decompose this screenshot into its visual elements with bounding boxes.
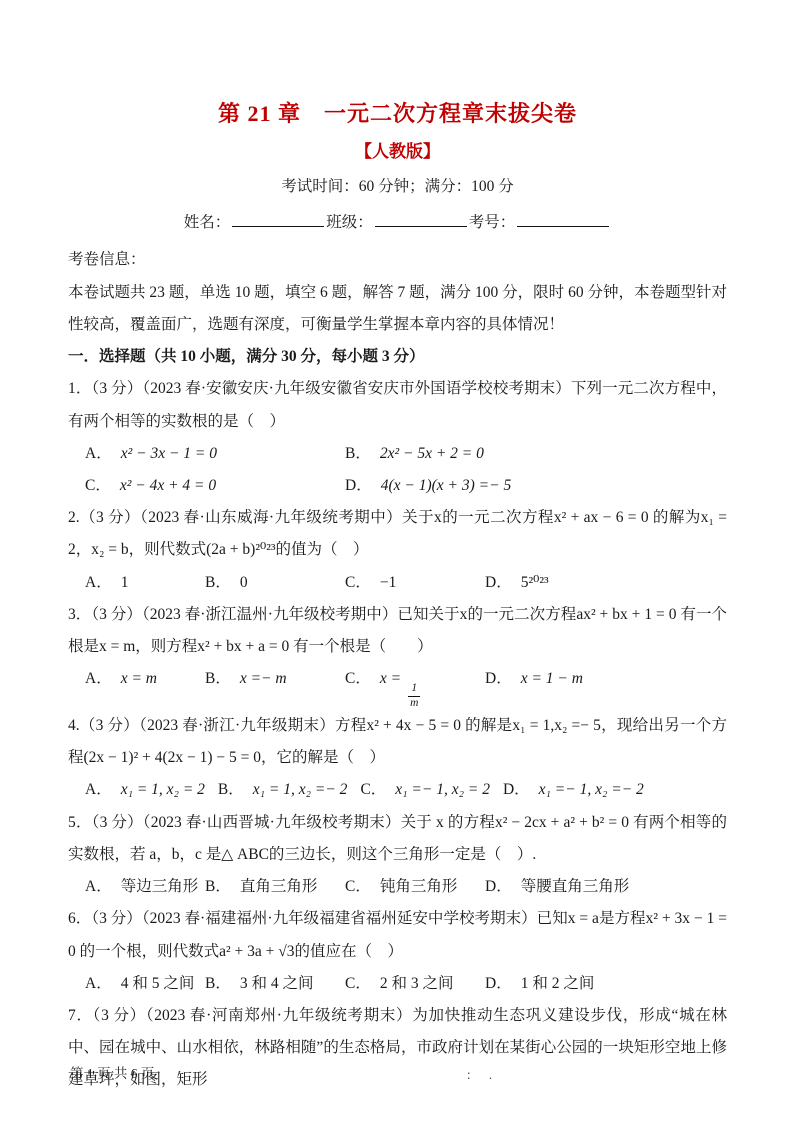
exam-meta-line: 考试时间：60 分钟；满分：100 分 [68,177,727,197]
question-3-option-b: B．x =− m [205,663,345,709]
class-label: 班级： [326,214,373,231]
question-6-option-b: B．3 和 4 之间 [205,968,345,1000]
question-5-option-d: D．等腰直角三角形 [485,871,727,903]
option-label: B． [218,781,244,798]
question-2-option-c: C．−1 [345,567,485,599]
question-4-option-c: C．x₁ =− 1, x₂ = 2 [360,774,490,806]
question-6-stem: 6．（3 分）（2023 春·福建福州·九年级福建省福州延安中学校考期末）已知x… [68,903,727,967]
edition-label: 【人教版】 [68,142,727,162]
question-4: 4.（3 分）（2023 春·浙江·九年级期末）方程x² + 4x − 5 = … [68,710,727,807]
question-2-stem: 2.（3 分）（2023 春·山东威海·九年级统考期中）关于x的一元二次方程x²… [68,502,727,566]
option-label: D． [345,477,372,494]
option-formula: x₁ =− 1, x₂ =− 2 [539,781,644,798]
question-1-option-c: C．x² − 4x + 4 = 0 [85,470,345,502]
info-body: 本卷试题共 23 题，单选 10 题，填空 6 题，解答 7 题，满分 100 … [68,277,727,341]
option-text: 4 和 5 之间 [121,975,195,992]
question-2: 2.（3 分）（2023 春·山东威海·九年级统考期中）关于x的一元二次方程x²… [68,502,727,599]
question-2-option-a: A．1 [85,567,205,599]
question-6-option-d: D．1 和 2 之间 [485,968,727,1000]
option-formula: 5²⁰²³ [521,574,549,591]
option-formula: x =− m [240,670,287,687]
exam-no-label: 考号： [469,214,516,231]
option-label: A． [85,445,112,462]
question-4-option-a: A．x₁ = 1, x₂ = 2 [85,774,205,806]
student-fields-line: 姓名：班级：考号： [68,211,727,234]
option-label: A． [85,781,112,798]
page-title: 第 21 章 一元二次方程章末拔尖卷 [68,100,727,129]
option-label: D． [485,574,512,591]
section-heading-choice: 一．选择题（共 10 小题，满分 30 分，每小题 3 分） [68,341,727,373]
option-formula: x = 1 − m [521,670,583,687]
option-label: D． [503,781,530,798]
option-label: C． [360,781,386,798]
question-5-stem: 5．（3 分）（2023 春·山西晋城·九年级校考期末）关于 x 的方程x² −… [68,807,727,871]
question-6-option-a: A．4 和 5 之间 [85,968,205,1000]
fraction-denominator: m [407,697,421,710]
footer-page-number: 第 1 页 共 6 页 [70,1062,154,1082]
option-text: 等边三角形 [121,878,199,895]
exam-no-blank [517,211,609,227]
option-label: D． [485,670,512,687]
name-label: 姓名： [184,214,231,231]
question-3: 3．（3 分）（2023 春·浙江温州·九年级校考期中）已知关于x的一元二次方程… [68,599,727,710]
fraction-numerator: 1 [408,682,420,696]
question-6: 6．（3 分）（2023 春·福建福州·九年级福建省福州延安中学校考期末）已知x… [68,903,727,1000]
option-formula: x² − 3x − 1 = 0 [121,445,217,462]
option-label: C． [85,477,111,494]
question-4-stem: 4.（3 分）（2023 春·浙江·九年级期末）方程x² + 4x − 5 = … [68,710,727,774]
question-5: 5．（3 分）（2023 春·山西晋城·九年级校考期末）关于 x 的方程x² −… [68,807,727,904]
option-label: C． [345,574,371,591]
question-1-option-d: D．4(x − 1)(x + 3) =− 5 [345,470,727,502]
question-5-option-c: C．钝角三角形 [345,871,485,903]
option-formula: −1 [380,574,397,591]
question-2-option-d: D．5²⁰²³ [485,567,727,599]
option-formula: x = m [121,670,157,687]
option-text: 直角三角形 [240,878,318,895]
question-3-option-d: D．x = 1 − m [485,663,727,709]
question-4-option-d: D．x₁ =− 1, x₂ =− 2 [503,774,644,806]
option-label: D． [485,878,512,895]
option-formula: x² − 4x + 4 = 0 [120,477,216,494]
name-blank [232,211,324,227]
option-label: B． [205,878,231,895]
option-formula: x₁ = 1, x₂ =− 2 [253,781,348,798]
question-7: 7．（3 分）（2023 春·河南郑州·九年级统考期末）为加快推动生态巩义建设步… [68,1000,727,1097]
option-text: 2 和 3 之间 [380,975,454,992]
class-blank [375,211,467,227]
option-label: C． [345,975,371,992]
info-heading: 考卷信息： [68,244,727,276]
option-text: 1 和 2 之间 [521,975,595,992]
option-text: 钝角三角形 [380,878,458,895]
question-3-option-c: C．x =1m [345,663,485,709]
question-1-options: A．x² − 3x − 1 = 0 B．2x² − 5x + 2 = 0 C．x… [68,438,727,502]
option-label: A． [85,975,112,992]
exam-paper-page: 第 21 章 一元二次方程章末拔尖卷 【人教版】 考试时间：60 分钟；满分：1… [0,0,793,1122]
option-formula: 4(x − 1)(x + 3) =− 5 [381,477,512,494]
question-1-option-a: A．x² − 3x − 1 = 0 [85,438,345,470]
option-formula: 0 [240,574,248,591]
question-6-options: A．4 和 5 之间 B．3 和 4 之间 C．2 和 3 之间 D．1 和 2… [68,968,727,1000]
question-3-option-a: A．x = m [85,663,205,709]
question-5-options: A．等边三角形 B．直角三角形 C．钝角三角形 D．等腰直角三角形 [68,871,727,903]
question-5-option-b: B．直角三角形 [205,871,345,903]
footer-mark: ： . [466,1066,496,1083]
option-label: B． [205,670,231,687]
option-label: A． [85,878,112,895]
option-formula: x = [380,670,401,687]
question-1-option-b: B．2x² − 5x + 2 = 0 [345,438,727,470]
question-5-option-a: A．等边三角形 [85,871,205,903]
question-3-stem: 3．（3 分）（2023 春·浙江温州·九年级校考期中）已知关于x的一元二次方程… [68,599,727,663]
question-7-stem: 7．（3 分）（2023 春·河南郑州·九年级统考期末）为加快推动生态巩义建设步… [68,1000,727,1097]
option-formula: 1 [121,574,129,591]
option-text: 等腰直角三角形 [521,878,630,895]
question-1-stem: 1．（3 分）（2023 春·安徽安庆·九年级安徽省安庆市外国语学校校考期末）下… [68,373,727,437]
option-label: B． [205,574,231,591]
option-label: C． [345,878,371,895]
option-formula: 2x² − 5x + 2 = 0 [380,445,484,462]
fraction: 1m [407,682,421,709]
question-6-option-c: C．2 和 3 之间 [345,968,485,1000]
option-label: A． [85,670,112,687]
option-label: D． [485,975,512,992]
option-label: A． [85,574,112,591]
question-4-option-b: B．x₁ = 1, x₂ =− 2 [218,774,348,806]
question-4-options: A．x₁ = 1, x₂ = 2 B．x₁ = 1, x₂ =− 2 C．x₁ … [68,774,727,806]
document-body: 考卷信息： 本卷试题共 23 题，单选 10 题，填空 6 题，解答 7 题，满… [68,244,727,1096]
question-2-option-b: B．0 [205,567,345,599]
option-label: B． [205,975,231,992]
question-1: 1．（3 分）（2023 春·安徽安庆·九年级安徽省安庆市外国语学校校考期末）下… [68,373,727,502]
option-label: C． [345,670,371,687]
option-formula: x₁ =− 1, x₂ = 2 [395,781,490,798]
question-3-options: A．x = m B．x =− m C．x =1m D．x = 1 − m [68,663,727,709]
question-2-options: A．1 B．0 C．−1 D．5²⁰²³ [68,567,727,599]
option-label: B． [345,445,371,462]
option-formula: x₁ = 1, x₂ = 2 [121,781,205,798]
option-text: 3 和 4 之间 [240,975,314,992]
